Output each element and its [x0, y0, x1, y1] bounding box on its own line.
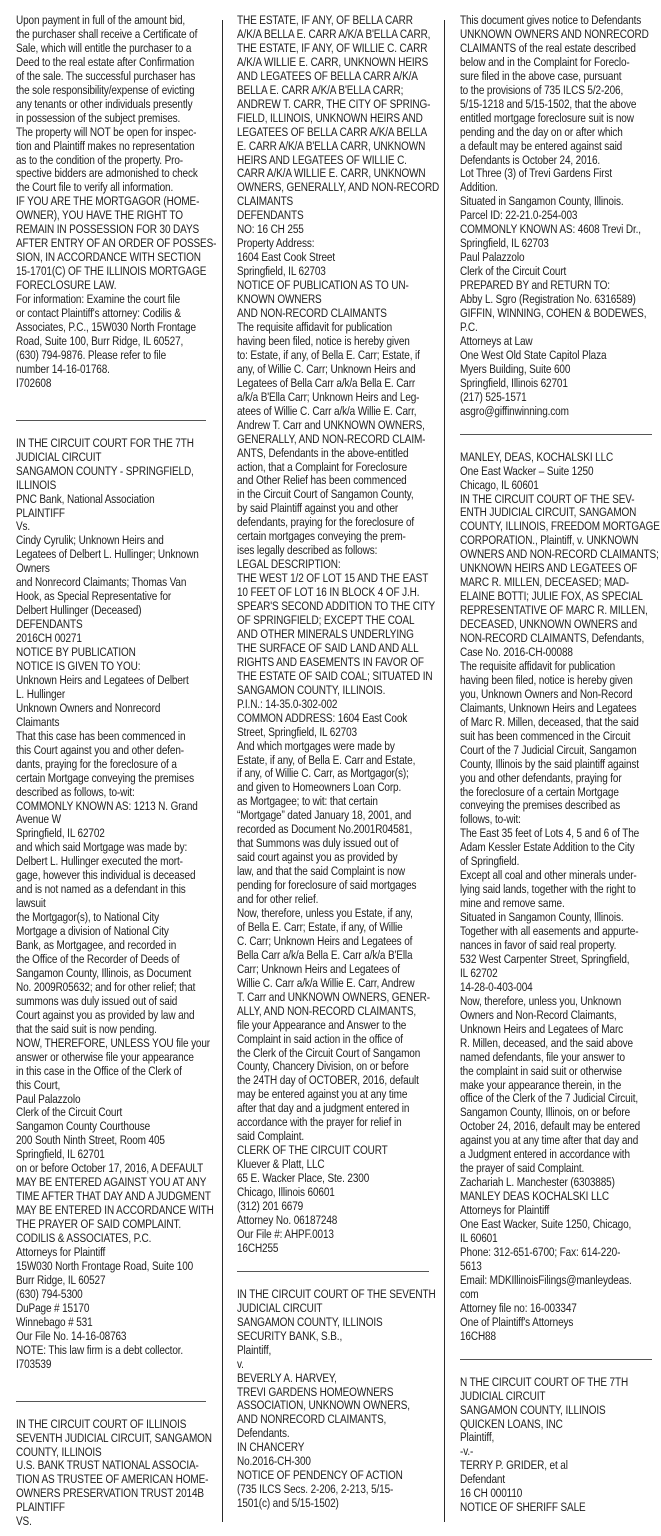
notice-text-line: the complaint in said suit or otherwise: [460, 1065, 660, 1079]
notice-text-line: QUICKEN LOANS, INC: [460, 1418, 660, 1432]
notice-text-line: IN THE CIRCUIT COURT OF THE SEVENTH: [237, 1288, 437, 1302]
notice-text-line: and Nonrecord Claimants; Thomas Van: [16, 576, 216, 590]
column-right: This document gives notice to Defendants…: [460, 14, 660, 1515]
notice-text-line: Phone: 312-651-6700; Fax: 614-220-: [460, 1246, 660, 1260]
notice-text-line: PLAINTIFF: [16, 1501, 216, 1515]
notice-text-line: by said Plaintiff against you and other: [237, 502, 437, 516]
notice-text-line: of Springfield.: [460, 855, 660, 869]
notice-text-line: AND NON-RECORD CLAIMANTS: [237, 307, 437, 321]
notice-text-line: IN CHANCERY: [237, 1441, 437, 1455]
notice-text-line: Unknown Heirs and Legatees of Delbert: [16, 674, 216, 688]
notice-text-line: THE SURFACE OF SAID LAND AND ALL: [237, 642, 437, 656]
notice-text-line: Owners: [16, 562, 216, 576]
notice-text-line: AFTER ENTRY OF AN ORDER OF POSSES-: [16, 237, 216, 251]
notice-text-line: I702608: [16, 377, 216, 391]
notice-text-line: 200 South Ninth Street, Room 405: [16, 1134, 216, 1148]
notice-text-line: FORECLOSURE LAW.: [16, 279, 216, 293]
notice-text-line: a Judgment entered in accordance with: [460, 1148, 660, 1162]
notice-text-line: (630) 794-5300: [16, 1288, 216, 1302]
notice-text-line: MANLEY, DEAS, KOCHALSKI LLC: [460, 451, 660, 465]
notice-text-line: suit has been commenced in the Circuit: [460, 730, 660, 744]
notice-text-line: Claimants: [16, 716, 216, 730]
notice-text-line: Vs.: [16, 520, 216, 534]
notice-sale-terms: Upon payment in full of the amount bid,t…: [16, 14, 216, 391]
notice-text-line: SEVENTH JUDICIAL CIRCUIT, SANGAMON: [16, 1432, 216, 1446]
notice-text-line: No. 2009R05632; and for other relief; th…: [16, 981, 216, 995]
notice-text-line: Property Address:: [237, 237, 437, 251]
notice-text-line: defendants, praying for the foreclosure …: [237, 516, 437, 530]
notice-text-line: CLAIMANTS of the real estate described: [460, 42, 660, 56]
notice-text-line: 16CH255: [237, 1242, 437, 1256]
notice-text-line: Carr; Unknown Heirs and Legatees of: [237, 963, 437, 977]
notice-text-line: the prayer of said Complaint.: [460, 1162, 660, 1176]
notice-text-line: this Court against you and other defen-: [16, 744, 216, 758]
notice-text-line: a default may be entered against said: [460, 140, 660, 154]
notice-text-line: THE PRAYER OF SAID COMPLAINT.: [16, 1218, 216, 1232]
notice-text-line: 5/15-1218 and 5/15-1502, that the above: [460, 98, 660, 112]
notice-text-line: NOTICE OF SHERIFF SALE: [460, 1501, 660, 1515]
notice-text-line: may be entered against you at any time: [237, 1088, 437, 1102]
notice-text-line: COMMON ADDRESS: 1604 East Cook: [237, 712, 437, 726]
notice-text-line: DECEASED, UNKNOWN OWNERS and: [460, 618, 660, 632]
notice-text-line: Court against you as provided by law and: [16, 1009, 216, 1023]
notice-text-line: Springfield, Illinois 62701: [460, 377, 660, 391]
notice-text-line: SANGAMON COUNTY, ILLINOIS: [460, 1404, 660, 1418]
notice-text-line: (312) 201 6679: [237, 1200, 437, 1214]
notice-text-line: C. Carr; Unknown Heirs and Legatees of: [237, 935, 437, 949]
notice-text-line: Sale, which will entitle the purchaser t…: [16, 42, 216, 56]
notice-text-line: you and other defendants, praying for: [460, 772, 660, 786]
notice-text-line: lawsuit: [16, 897, 216, 911]
notice-text-line: the Clerk of the Circuit Court of Sangam…: [237, 1047, 437, 1061]
notice-text-line: ELAINE BOTTI; JULIE FOX, AS SPECIAL: [460, 590, 660, 604]
notice-text-line: OWNER), YOU HAVE THE RIGHT TO: [16, 209, 216, 223]
notice-text-line: Associates, P.C., 15W030 North Frontage: [16, 321, 216, 335]
notice-text-line: and is not named as a defendant in this: [16, 883, 216, 897]
notice-text-line: REPRESENTATIVE OF MARC R. MILLEN,: [460, 604, 660, 618]
notice-text-line: make your appearance therein, in the: [460, 1079, 660, 1093]
notice-text-line: 532 West Carpenter Street, Springfield,: [460, 953, 660, 967]
notice-text-line: Springfield, IL 62703: [237, 265, 437, 279]
notice-text-line: One of Plaintiff's Attorneys: [460, 1316, 660, 1330]
notice-pnc-bank-publication: IN THE CIRCUIT COURT FOR THE 7THJUDICIAL…: [16, 437, 216, 1372]
notice-text-line: BEVERLY A. HARVEY,: [237, 1372, 437, 1386]
notice-text-line: DEFENDANTS: [16, 618, 216, 632]
notice-text-line: a/k/a B'Ella Carr; Unknown Heirs and Leg…: [237, 391, 437, 405]
notice-text-line: Bank, as Mortgagee, and recorded in: [16, 939, 216, 953]
notice-text-line: v.: [237, 1358, 437, 1372]
notice-text-line: UNKNOWN HEIRS AND LEGATEES OF: [460, 562, 660, 576]
notice-text-line: Complaint in said action in the office o…: [237, 1033, 437, 1047]
notice-text-line: PREPARED BY and RETURN TO:: [460, 279, 660, 293]
notice-text-line: 15W030 North Frontage Road, Suite 100: [16, 1260, 216, 1274]
notice-text-line: the purchaser shall receive a Certificat…: [16, 28, 216, 42]
notice-text-line: Burr Ridge, IL 60527: [16, 1274, 216, 1288]
notice-text-line: TION AS TRUSTEE OF AMERICAN HOME-: [16, 1473, 216, 1487]
notice-text-line: Bella Carr a/k/a Bella E. Carr a/k/a B'E…: [237, 949, 437, 963]
notice-text-line: Case No. 2016-CH-00088: [460, 646, 660, 660]
notice-text-line: IF YOU ARE THE MORTGAGOR (HOME-: [16, 195, 216, 209]
notice-text-line: the Mortgagor(s), to National City: [16, 911, 216, 925]
notice-text-line: ises legally described as follows:: [237, 544, 437, 558]
notice-text-line: MANLEY DEAS KOCHALSKI LLC: [460, 1190, 660, 1204]
notice-text-line: THE ESTATE, IF ANY, OF WILLIE C. CARR: [237, 42, 437, 56]
notice-text-line: Clerk of the Circuit Court: [16, 1106, 216, 1120]
notice-text-line: IN THE CIRCUIT COURT OF ILLINOIS: [16, 1418, 216, 1432]
notice-text-line: THE ESTATE, IF ANY, OF BELLA CARR: [237, 14, 437, 28]
notice-text-line: Now, therefore, unless you, Unknown: [460, 995, 660, 1009]
notice-text-line: ASSOCIATION, UNKNOWN OWNERS,: [237, 1399, 437, 1413]
notice-text-line: Defendant: [460, 1473, 660, 1487]
notice-text-line: Andrew T. Carr and UNKNOWN OWNERS,: [237, 419, 437, 433]
notice-text-line: RIGHTS AND EASEMENTS IN FAVOR OF: [237, 656, 437, 670]
notice-text-line: JUDICIAL CIRCUIT: [237, 1302, 437, 1316]
notice-text-line: of Bella E. Carr; Estate, if any, of Wil…: [237, 921, 437, 935]
notice-text-line: 1604 East Cook Street: [237, 251, 437, 265]
notice-text-line: AND OTHER MINERALS UNDERLYING: [237, 628, 437, 642]
notice-text-line: and for other relief.: [237, 893, 437, 907]
notice-text-line: MAY BE ENTERED AGAINST YOU AT ANY: [16, 1176, 216, 1190]
notice-text-line: HEIRS AND LEGATEES OF WILLIE C.: [237, 154, 437, 168]
notice-text-line: you, Unknown Owners and Non-Record: [460, 688, 660, 702]
notice-text-line: NON-RECORD CLAIMANTS, Defendants,: [460, 632, 660, 646]
notice-text-line: CORPORATION., Plaintiff, v. UNKNOWN: [460, 534, 660, 548]
notice-text-line: if any, of Willie C. Carr, as Mortgagor(…: [237, 767, 437, 781]
notice-text-line: Hook, as Special Representative for: [16, 590, 216, 604]
notice-text-line: ANTS, Defendants in the above-entitled: [237, 447, 437, 461]
notice-text-line: Avenue W: [16, 813, 216, 827]
notice-text-line: file your Appearance and Answer to the: [237, 1019, 437, 1033]
notice-text-line: Court of the 7 Judicial Circuit, Sangamo…: [460, 744, 660, 758]
notice-text-line: Paul Palazzolo: [16, 1093, 216, 1107]
notice-us-bank-trust: IN THE CIRCUIT COURT OF ILLINOISSEVENTH …: [16, 1418, 216, 1530]
notice-text-line: Plaintiff,: [460, 1431, 660, 1445]
notice-text-line: Springfield, IL 62701: [16, 1148, 216, 1162]
notice-text-line: follows, to-wit:: [460, 813, 660, 827]
notice-text-line: Kluever & Platt, LLC: [237, 1158, 437, 1172]
notice-text-line: described as follows, to-wit:: [16, 786, 216, 800]
notice-text-line: and given to Homeowners Loan Corp.: [237, 781, 437, 795]
notice-text-line: Chicago, Illinois 60601: [237, 1186, 437, 1200]
notice-text-line: Abby L. Sgro (Registration No. 6316589): [460, 293, 660, 307]
notice-text-line: TERRY P. GRIDER, et al: [460, 1459, 660, 1473]
notice-text-line: and Other Relief has been commenced: [237, 474, 437, 488]
notice-text-line: NOTE: This law firm is a debt collector.: [16, 1344, 216, 1358]
notice-text-line: the sole responsibility/expense of evict…: [16, 84, 216, 98]
notice-text-line: COMMONLY KNOWN AS: 1213 N. Grand: [16, 800, 216, 814]
notice-text-line: Legatees of Delbert L. Hullinger; Unknow…: [16, 548, 216, 562]
notice-text-line: SANGAMON COUNTY, ILLINOIS.: [237, 684, 437, 698]
notice-text-line: IL 60601: [460, 1232, 660, 1246]
notice-text-line: U.S. BANK TRUST NATIONAL ASSOCIA-: [16, 1459, 216, 1473]
notice-text-line: Email: MDKIllinoisFilings@manleydeas.: [460, 1274, 660, 1288]
notice-text-line: any tenants or other individuals present…: [16, 98, 216, 112]
notice-carr-publication: THE ESTATE, IF ANY, OF BELLA CARRA/K/A B…: [237, 14, 437, 1256]
notice-text-line: this Court,: [16, 1079, 216, 1093]
notice-text-line: recorded as Document No.2001R04581,: [237, 823, 437, 837]
notice-text-line: CODILIS & ASSOCIATES, P.C.: [16, 1232, 216, 1246]
notice-text-line: Paul Palazzolo: [460, 251, 660, 265]
notice-text-line: 1501(c) and 5/15-1502): [237, 1497, 437, 1511]
notice-text-line: Addition.: [460, 181, 660, 195]
notice-text-line: (217) 525-1571: [460, 391, 660, 405]
notice-text-line: P.I.N.: 14-35.0-302-002: [237, 698, 437, 712]
notice-text-line: FIELD, ILLINOIS, UNKNOWN HEIRS AND: [237, 112, 437, 126]
notice-text-line: after that day and a judgment entered in: [237, 1102, 437, 1116]
notice-text-line: October 24, 2016, default may be entered: [460, 1120, 660, 1134]
notice-text-line: 16 CH 000110: [460, 1487, 660, 1501]
notice-text-line: The East 35 feet of Lots 4, 5 and 6 of T…: [460, 827, 660, 841]
notice-text-line: IN THE CIRCUIT COURT OF THE SEV-: [460, 493, 660, 507]
notice-text-line: Attorneys for Plaintiff: [460, 1204, 660, 1218]
notice-text-line: 65 E. Wacker Place, Ste. 2300: [237, 1172, 437, 1186]
notice-text-line: This document gives notice to Defendants: [460, 14, 660, 28]
notice-text-line: the foreclosure of a certain Mortgage: [460, 786, 660, 800]
notice-text-line: GIFFIN, WINNING, COHEN & BODEWES,: [460, 307, 660, 321]
notice-text-line: on or before October 17, 2016, A DEFAULT: [16, 1162, 216, 1176]
notice-text-line: of Marc R. Millen, deceased, that the sa…: [460, 716, 660, 730]
notice-text-line: And which mortgages were made by: [237, 740, 437, 754]
notice-text-line: Attorney file no: 16-003347: [460, 1302, 660, 1316]
notice-text-line: T. Carr and UNKNOWN OWNERS, GENER-: [237, 991, 437, 1005]
notice-text-line: MARC R. MILLEN, DECEASED; MAD-: [460, 576, 660, 590]
notice-text-line: Zachariah L. Manchester (6303885): [460, 1176, 660, 1190]
notice-text-line: NOW, THEREFORE, UNLESS YOU file your: [16, 1037, 216, 1051]
notice-text-line: sure filed in the above case, pursuant: [460, 70, 660, 84]
notice-text-line: Adam Kessler Estate Addition to the City: [460, 841, 660, 855]
notice-text-line: in possession of the subject premises.: [16, 112, 216, 126]
notice-text-line: R. Millen, deceased, and the said above: [460, 1037, 660, 1051]
notice-text-line: NOTICE BY PUBLICATION: [16, 646, 216, 660]
notice-text-line: Parcel ID: 22-21.0-254-003: [460, 209, 660, 223]
notice-text-line: Defendants is October 24, 2016.: [460, 154, 660, 168]
notice-text-line: For information: Examine the court file: [16, 293, 216, 307]
notice-text-line: AND NONRECORD CLAIMANTS,: [237, 1413, 437, 1427]
notice-separator: [16, 420, 206, 421]
notice-trevi-gardens-continued: This document gives notice to Defendants…: [460, 14, 660, 419]
notice-text-line: I703539: [16, 1358, 216, 1372]
notice-text-line: 15-1701(C) OF THE ILLINOIS MORTGAGE: [16, 265, 216, 279]
column-divider: [222, 20, 223, 1522]
notice-text-line: COUNTY, ILLINOIS: [16, 1446, 216, 1460]
notice-text-line: AND LEGATEES OF BELLA CARR A/K/A: [237, 70, 437, 84]
notice-text-line: Attorneys at Law: [460, 335, 660, 349]
notice-text-line: or contact Plaintiff's attorney: Codilis…: [16, 307, 216, 321]
notice-text-line: ENTH JUDICIAL CIRCUIT, SANGAMON: [460, 506, 660, 520]
notice-text-line: Legatees of Bella Carr a/k/a Bella E. Ca…: [237, 377, 437, 391]
notice-text-line: the Office of the Recorder of Deeds of: [16, 953, 216, 967]
notice-text-line: TREVI GARDENS HOMEOWNERS: [237, 1386, 437, 1400]
notice-text-line: mine and remove same.: [460, 897, 660, 911]
notice-text-line: (735 ILCS Secs. 2-206, 2-213, 5/15-: [237, 1483, 437, 1497]
notice-text-line: in this case in the Office of the Clerk …: [16, 1065, 216, 1079]
notice-text-line: Situated in Sangamon County, Illinois.: [460, 911, 660, 925]
notice-text-line: certain mortgages conveying the prem-: [237, 530, 437, 544]
notice-text-line: CLERK OF THE CIRCUIT COURT: [237, 1144, 437, 1158]
notice-text-line: ILLINOIS: [16, 479, 216, 493]
notice-text-line: any, of Willie C. Carr; Unknown Heirs an…: [237, 363, 437, 377]
notice-security-bank-pendency: IN THE CIRCUIT COURT OF THE SEVENTHJUDIC…: [237, 1288, 437, 1511]
notice-text-line: Willie C. Carr a/k/a Willie E. Carr, And…: [237, 977, 437, 991]
notice-text-line: One East Wacker, Suite 1250, Chicago,: [460, 1218, 660, 1232]
notice-text-line: CARR A/K/A WILLIE E. CARR, UNKNOWN: [237, 167, 437, 181]
notice-text-line: SANGAMON COUNTY, ILLINOIS: [237, 1316, 437, 1330]
notice-text-line: UNKNOWN OWNERS AND NONRECORD: [460, 28, 660, 42]
notice-text-line: E. CARR A/K/A B'ELLA CARR, UNKNOWN: [237, 140, 437, 154]
notice-text-line: in the Circuit Court of Sangamon County,: [237, 488, 437, 502]
notice-text-line: entitled mortgage foreclosure suit is no…: [460, 112, 660, 126]
notice-text-line: That this case has been commenced in: [16, 730, 216, 744]
notice-text-line: that the said suit is now pending.: [16, 1023, 216, 1037]
notice-text-line: Situated in Sangamon County, Illinois.: [460, 195, 660, 209]
notice-text-line: Estate, if any, of Bella E. Carr and Est…: [237, 754, 437, 768]
notice-text-line: BELLA E. CARR A/K/A B'ELLA CARR;: [237, 84, 437, 98]
notice-text-line: gage, however this individual is decease…: [16, 869, 216, 883]
notice-text-line: said court against you as provided by: [237, 851, 437, 865]
notice-text-line: Upon payment in full of the amount bid,: [16, 14, 216, 28]
notice-text-line: “Mortgage” dated January 18, 2001, and: [237, 809, 437, 823]
notice-text-line: COUNTY, ILLINOIS, FREEDOM MORTGAGE: [460, 520, 660, 534]
notice-text-line: Mortgage a division of National City: [16, 925, 216, 939]
notice-text-line: Owners and Non-Record Claimants,: [460, 1009, 660, 1023]
notice-text-line: Road, Suite 100, Burr Ridge, IL 60527,: [16, 335, 216, 349]
notice-text-line: (630) 794-9876. Please refer to file: [16, 349, 216, 363]
notice-text-line: One East Wacker – Suite 1250: [460, 465, 660, 479]
notice-text-line: DEFENDANTS: [237, 209, 437, 223]
notice-text-line: Winnebago # 531: [16, 1316, 216, 1330]
notice-quicken-loans-sheriff-sale: N THE CIRCUIT COURT OF THE 7THJUDICIAL C…: [460, 1376, 660, 1516]
legal-notices-page: Upon payment in full of the amount bid,t…: [0, 0, 661, 1536]
notice-text-line: com: [460, 1288, 660, 1302]
column-divider: [444, 20, 445, 1522]
notice-text-line: Springfield, IL 62702: [16, 827, 216, 841]
notice-text-line: -v.-: [460, 1445, 660, 1459]
notice-text-line: SANGAMON COUNTY - SPRINGFIELD,: [16, 465, 216, 479]
notice-text-line: NO: 16 CH 255: [237, 223, 437, 237]
column-left: Upon payment in full of the amount bid,t…: [16, 14, 216, 1529]
notice-text-line: dants, praying for the foreclosure of a: [16, 758, 216, 772]
notice-text-line: Unknown Owners and Nonrecord: [16, 702, 216, 716]
notice-text-line: PLAINTIFF: [16, 507, 216, 521]
notice-text-line: certain Mortgage conveying the premises: [16, 772, 216, 786]
notice-text-line: Attorneys for Plaintiff: [16, 1246, 216, 1260]
notice-text-line: The requisite affidavit for publication: [237, 321, 437, 335]
notice-text-line: COMMONLY KNOWN AS: 4608 Trevi Dr.,: [460, 223, 660, 237]
notice-text-line: Street, Springfield, IL 62703: [237, 726, 437, 740]
notice-text-line: DuPage # 15170: [16, 1302, 216, 1316]
notice-text-line: the 24TH day of OCTOBER, 2016, default: [237, 1074, 437, 1088]
notice-text-line: Sangamon County, Illinois, on or before: [460, 1106, 660, 1120]
notice-text-line: Sangamon County Courthouse: [16, 1120, 216, 1134]
notice-text-line: OWNERS AND NON-RECORD CLAIMANTS;: [460, 548, 660, 562]
notice-text-line: A/K/A WILLIE E. CARR, UNKNOWN HEIRS: [237, 56, 437, 70]
notice-text-line: 5613: [460, 1260, 660, 1274]
notice-text-line: to: Estate, if any, of Bella E. Carr; Es…: [237, 349, 437, 363]
notice-freedom-mortgage-millen: MANLEY, DEAS, KOCHALSKI LLCOne East Wack…: [460, 451, 660, 1344]
notice-text-line: VS.: [16, 1515, 216, 1529]
notice-text-line: LEGAL DESCRIPTION:: [237, 558, 437, 572]
notice-text-line: THE WEST 1/2 OF LOT 15 AND THE EAST: [237, 572, 437, 586]
notice-text-line: below and in the Complaint for Foreclo-: [460, 56, 660, 70]
notice-text-line: spective bidders are admonished to check: [16, 167, 216, 181]
notice-text-line: SPEAR'S SECOND ADDITION TO THE CITY: [237, 600, 437, 614]
notice-text-line: tion and Plaintiff makes no representati…: [16, 140, 216, 154]
notice-text-line: County, Illinois by the said plaintiff a…: [460, 758, 660, 772]
notice-text-line: the Court file to verify all information…: [16, 181, 216, 195]
notice-text-line: against you at any time after that day a…: [460, 1134, 660, 1148]
notice-text-line: 2016CH 00271: [16, 632, 216, 646]
notice-text-line: having been filed, notice is hereby give…: [237, 335, 437, 349]
notice-text-line: N THE CIRCUIT COURT OF THE 7TH: [460, 1376, 660, 1390]
notice-text-line: Our File No. 14-16-08763: [16, 1330, 216, 1344]
notice-text-line: Defendants.: [237, 1427, 437, 1441]
notice-text-line: to the provisions of 735 ILCS 5/2-206,: [460, 84, 660, 98]
notice-text-line: OF SPRINGFIELD; EXCEPT THE COAL: [237, 614, 437, 628]
notice-text-line: named defendants, file your answer to: [460, 1051, 660, 1065]
notice-text-line: NOTICE OF PENDENCY OF ACTION: [237, 1469, 437, 1483]
notice-text-line: OWNERS, GENERALLY, AND NON-RECORD: [237, 181, 437, 195]
notice-text-line: Unknown Heirs and Legatees of Marc: [460, 1023, 660, 1037]
notice-text-line: Claimants, Unknown Heirs and Legatees: [460, 702, 660, 716]
notice-text-line: pending for foreclosure of said mortgage…: [237, 879, 437, 893]
notice-text-line: Cindy Cyrulik; Unknown Heirs and: [16, 534, 216, 548]
notice-text-line: JUDICIAL CIRCUIT: [460, 1390, 660, 1404]
notice-separator: [16, 1401, 206, 1402]
notice-text-line: Plaintiff,: [237, 1344, 437, 1358]
notice-text-line: as Mortgagee; to wit: that certain: [237, 795, 437, 809]
notice-text-line: Attorney No. 06187248: [237, 1214, 437, 1228]
notice-text-line: Sangamon County, Illinois, as Document: [16, 967, 216, 981]
notice-text-line: ALLY, AND NON-RECORD CLAIMANTS,: [237, 1005, 437, 1019]
notice-text-line: L. Hullinger: [16, 688, 216, 702]
notice-text-line: said Complaint.: [237, 1130, 437, 1144]
notice-text-line: Together with all easements and appurte-: [460, 925, 660, 939]
notice-text-line: OWNERS PRESERVATION TRUST 2014B: [16, 1487, 216, 1501]
notice-text-line: The requisite affidavit for publication: [460, 660, 660, 674]
notice-text-line: County, Chancery Division, on or before: [237, 1060, 437, 1074]
notice-text-line: The property will NOT be open for inspec…: [16, 126, 216, 140]
notice-text-line: 14-28-0-403-004: [460, 981, 660, 995]
notice-text-line: No.2016-CH-300: [237, 1455, 437, 1469]
notice-text-line: Except all coal and other minerals under…: [460, 869, 660, 883]
notice-text-line: IL 62702: [460, 967, 660, 981]
notice-text-line: ANDREW T. CARR, THE CITY OF SPRING-: [237, 98, 437, 112]
notice-text-line: Springfield, IL 62703: [460, 237, 660, 251]
notice-text-line: MAY BE ENTERED IN ACCORDANCE WITH: [16, 1204, 216, 1218]
notice-text-line: TIME AFTER THAT DAY AND A JUDGMENT: [16, 1190, 216, 1204]
notice-text-line: JUDICIAL CIRCUIT: [16, 451, 216, 465]
notice-text-line: LEGATEES OF BELLA CARR A/K/A BELLA: [237, 126, 437, 140]
notice-text-line: accordance with the prayer for relief in: [237, 1116, 437, 1130]
notice-text-line: Our File #: AHPF.0013: [237, 1228, 437, 1242]
notice-text-line: KNOWN OWNERS: [237, 293, 437, 307]
notice-text-line: Deed to the real estate after Confirmati…: [16, 56, 216, 70]
notice-text-line: One West Old State Capitol Plaza: [460, 349, 660, 363]
notice-text-line: lying said lands, together with the righ…: [460, 883, 660, 897]
notice-text-line: THE ESTATE OF SAID COAL; SITUATED IN: [237, 670, 437, 684]
notice-text-line: conveying the premises described as: [460, 799, 660, 813]
notice-text-line: action, that a Complaint for Foreclosure: [237, 461, 437, 475]
notice-text-line: CLAIMANTS: [237, 195, 437, 209]
notice-separator: [460, 1359, 652, 1360]
notice-text-line: as to the condition of the property. Pro…: [16, 154, 216, 168]
notice-text-line: Lot Three (3) of Trevi Gardens First: [460, 167, 660, 181]
notice-text-line: Now, therefore, unless you Estate, if an…: [237, 907, 437, 921]
notice-text-line: A/K/A BELLA E. CARR A/K/A B'ELLA CARR,: [237, 28, 437, 42]
column-middle: THE ESTATE, IF ANY, OF BELLA CARRA/K/A B…: [237, 14, 437, 1511]
notice-separator: [460, 434, 652, 435]
notice-text-line: NOTICE IS GIVEN TO YOU:: [16, 660, 216, 674]
